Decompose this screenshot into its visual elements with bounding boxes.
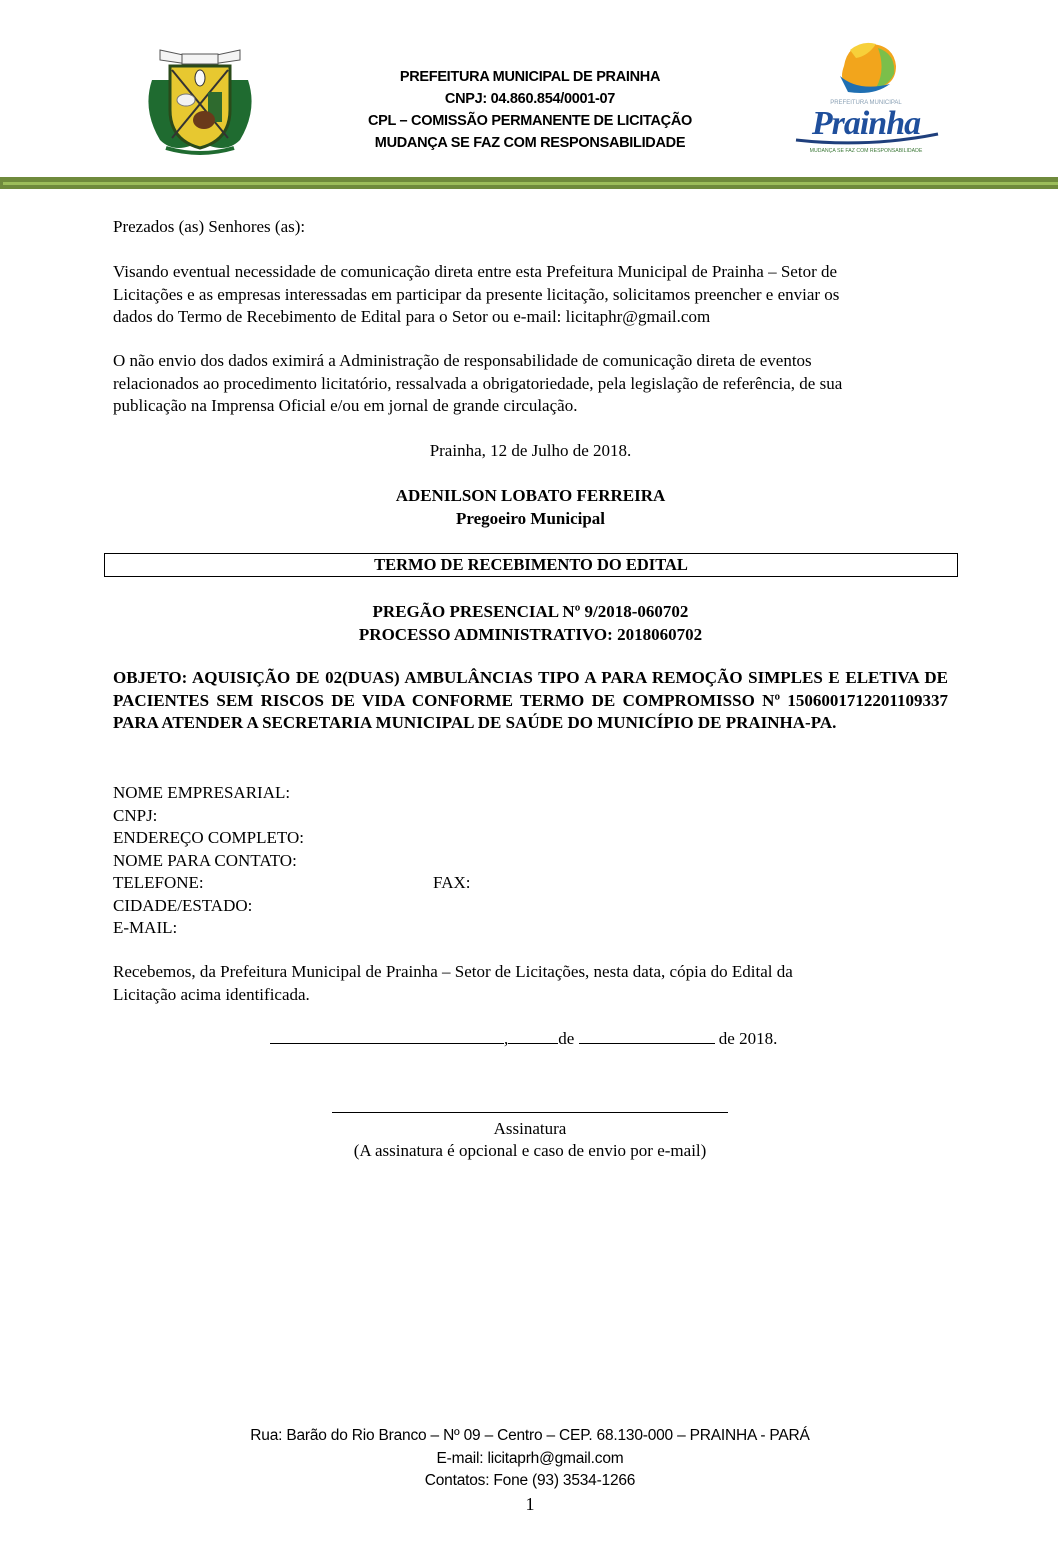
coat-of-arms-icon: [142, 40, 258, 156]
disclaimer-line-3: publicação na Imprensa Oficial e/ou em j…: [113, 395, 948, 418]
signature-block: Assinatura (A assinatura é opcional e ca…: [300, 1118, 760, 1162]
city-blank[interactable]: [270, 1027, 504, 1044]
receipt-date-line: ,de de 2018.: [270, 1027, 777, 1050]
header-line-motto: MUDANÇA SE FAZ COM RESPONSABILIDADE: [300, 132, 760, 154]
signature-label: Assinatura: [300, 1118, 760, 1140]
footer-phone: Contatos: Fone (93) 3534-1266: [200, 1470, 860, 1493]
intro-line-1: Visando eventual necessidade de comunica…: [113, 261, 948, 284]
field-label: NOME EMPRESARIAL:: [113, 783, 290, 802]
header-title-block: PREFEITURA MUNICIPAL DE PRAINHA CNPJ: 04…: [300, 66, 760, 154]
de-text: de: [558, 1029, 574, 1048]
header-divider: [0, 177, 1058, 189]
objeto-description: OBJETO: AQUISIÇÃO DE 02(DUAS) AMBULÂNCIA…: [113, 667, 948, 735]
company-form-fields: NOME EMPRESARIAL: CNPJ: ENDEREÇO COMPLET…: [113, 782, 304, 940]
header-line-cpl: CPL – COMISSÃO PERMANENTE DE LICITAÇÃO: [300, 110, 760, 132]
signer-name: ADENILSON LOBATO FERREIRA: [113, 485, 948, 508]
signer-role: Pregoeiro Municipal: [113, 508, 948, 531]
intro-paragraph: Visando eventual necessidade de comunica…: [113, 261, 948, 329]
prainha-brand-logo: PREFEITURA MUNICIPAL Prainha MUDANÇA SE …: [778, 36, 954, 164]
field-nome-empresarial[interactable]: NOME EMPRESARIAL:: [113, 782, 304, 805]
termo-title: TERMO DE RECEBIMENTO DO EDITAL: [374, 555, 688, 574]
header-line-cnpj: CNPJ: 04.860.854/0001-07: [300, 88, 760, 110]
pregao-number: PREGÃO PRESENCIAL Nº 9/2018-060702: [113, 601, 948, 624]
field-telefone[interactable]: TELEFONE: FAX:: [113, 872, 304, 895]
month-blank[interactable]: [579, 1027, 715, 1044]
day-blank[interactable]: [508, 1027, 558, 1044]
footer-email: E-mail: licitaprh@gmail.com: [200, 1448, 860, 1471]
year-text: de 2018.: [715, 1029, 778, 1048]
field-fax[interactable]: FAX:: [433, 872, 470, 895]
disclaimer-line-2: relacionados ao procedimento licitatório…: [113, 373, 948, 396]
field-label: E-MAIL:: [113, 918, 177, 937]
field-label: TELEFONE:: [113, 873, 204, 892]
page-number: 1: [500, 1493, 560, 1515]
receipt-line-1: Recebemos, da Prefeitura Municipal de Pr…: [113, 961, 948, 984]
letter-date: Prainha, 12 de Julho de 2018.: [113, 440, 948, 463]
disclaimer-line-1: O não envio dos dados eximirá a Administ…: [113, 350, 948, 373]
header-line-municipality: PREFEITURA MUNICIPAL DE PRAINHA: [300, 66, 760, 88]
field-cnpj[interactable]: CNPJ:: [113, 805, 304, 828]
termo-title-box: TERMO DE RECEBIMENTO DO EDITAL: [104, 553, 958, 577]
processo-number: PROCESSO ADMINISTRATIVO: 2018060702: [113, 624, 948, 647]
signature-note: (A assinatura é opcional e caso de envio…: [300, 1140, 760, 1162]
footer-address: Rua: Barão do Rio Branco – Nº 09 – Centr…: [200, 1425, 860, 1448]
field-label: NOME PARA CONTATO:: [113, 851, 297, 870]
intro-line-3: dados do Termo de Recebimento de Edital …: [113, 306, 948, 329]
page-footer: Rua: Barão do Rio Branco – Nº 09 – Centr…: [200, 1425, 860, 1493]
field-label: CIDADE/ESTADO:: [113, 896, 252, 915]
field-email[interactable]: E-MAIL:: [113, 917, 304, 940]
field-label: CNPJ:: [113, 806, 157, 825]
receipt-line-2: Licitação acima identificada.: [113, 984, 948, 1007]
field-label: ENDEREÇO COMPLETO:: [113, 828, 304, 847]
svg-text:MUDANÇA SE FAZ COM RESPONSABIL: MUDANÇA SE FAZ COM RESPONSABILIDADE: [810, 148, 923, 154]
signature-line[interactable]: [332, 1112, 728, 1113]
salutation: Prezados (as) Senhores (as):: [113, 216, 948, 239]
svg-text:Prainha: Prainha: [811, 105, 921, 142]
receipt-paragraph: Recebemos, da Prefeitura Municipal de Pr…: [113, 961, 948, 1006]
field-cidade-estado[interactable]: CIDADE/ESTADO:: [113, 895, 304, 918]
field-contato[interactable]: NOME PARA CONTATO:: [113, 850, 304, 873]
intro-line-2: Licitações e as empresas interessadas em…: [113, 284, 948, 307]
disclaimer-paragraph: O não envio dos dados eximirá a Administ…: [113, 350, 948, 418]
field-endereco[interactable]: ENDEREÇO COMPLETO:: [113, 827, 304, 850]
